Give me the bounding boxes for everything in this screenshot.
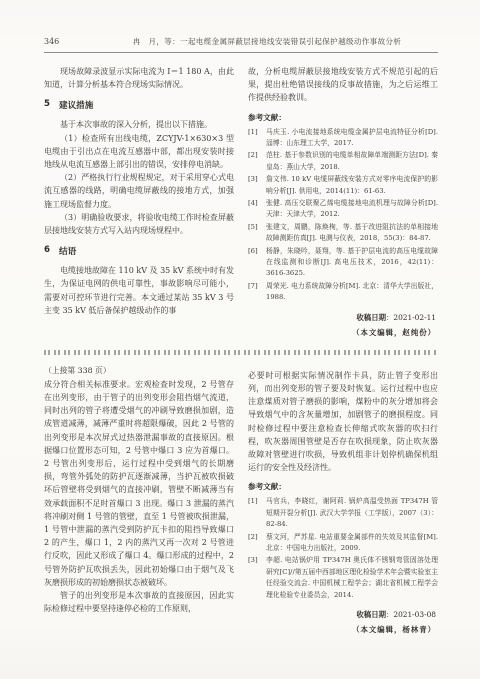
reference-item: [2] 蔡文河，严苏星. 电站重要金属部件的失效及其监督[M]. 北京：中国电力… (248, 532, 438, 555)
running-title: 冉 月，等：一起电缆金属屏蔽层接地线安装错误引起保护越级动作事故分析 (96, 36, 438, 47)
references-heading: 参考文献： (248, 112, 438, 123)
continued-article-right-column: 必要时可根据实际情况制作卡具，防止管子变形出列，而出列变形的管子要及时恢复。运行… (248, 365, 438, 635)
reference-label: [3] (248, 174, 261, 197)
section-heading-5: 5 建议措施 (44, 99, 234, 111)
reference-item: [1] 马官兵，李晓红，谢阿莉. 锅炉高温受热面 TP347H 管短期开裂分析[… (248, 496, 438, 530)
reference-text: 张建文，周鹏，陈焕栒，等. 基于改进阻抗法的单相接地故障测距仿真[J]. 电测与… (266, 222, 438, 245)
section-title: 结语 (59, 245, 76, 257)
reference-label: [6] (248, 246, 261, 280)
reference-text: 杨静，朱晓吟，聂翔，等. 基于护层电流的高压电缆故障在线监测和诊断[J]. 高电… (266, 246, 438, 280)
page-header: 346 冉 月，等：一起电缆金属屏蔽层接地线安装错误引起保护越级动作事故分析 (44, 36, 438, 53)
reference-item: [6] 杨静，朱晓吟，聂翔，等. 基于护层电流的高压电缆故障在线监测和诊断[J]… (248, 246, 438, 280)
editor-note: （本文编辑，赵纯份） (248, 327, 436, 338)
paragraph-conclusion: 电缆接地故障在 110 kV 及 35 kV 系统中时有发生，为保证电网的供电可… (44, 264, 234, 317)
received-date-value: ：2021-03-08 (386, 610, 436, 619)
received-date-value: ：2021-02-11 (386, 313, 436, 322)
reference-text: 蔡文河，严苏星. 电站重要金属部件的失效及其监督[M]. 北京：中国电力出版社，… (266, 532, 438, 555)
reference-label: [7] (248, 281, 261, 304)
reference-label: [5] (248, 222, 261, 245)
reference-item: [3] 詹文伟. 10 kV 电缆屏蔽线安装方式对零序电流保护的影响分析[J].… (248, 174, 438, 197)
article-end-right-column: 故，分析电缆屏蔽层接地线安装方式不规范引起的后果，提出杜绝错误接线的反事故措施，… (248, 65, 438, 338)
reference-label: [1] (248, 127, 261, 150)
section-heading-6: 6 结语 (44, 245, 234, 257)
section-number: 5 (44, 99, 50, 111)
reference-label: [1] (248, 496, 261, 530)
editor-note: （本文编辑，杨林青） (248, 624, 436, 635)
references-heading: 参考文献： (248, 481, 438, 492)
paragraph-result: 现场故障录波显示实际电流为 I＝1 180 A，由此知道，计算分析基本符合现场实… (44, 65, 234, 91)
continued-from-tag: （上接第 338 页） (44, 365, 234, 376)
journal-page: 346 冉 月，等：一起电缆金属屏蔽层接地线安装错误引起保护越级动作事故分析 现… (0, 0, 480, 679)
received-date-label: 收稿日期 (356, 313, 386, 322)
reference-item: [4] 张健. 高压交联聚乙烯电缆接地电流机理与故障分析[D]. 天津：天津大学… (248, 198, 438, 221)
reference-item: [7] 周荣光. 电力系统故障分析[M]. 北京：清华大学出版社，1988. (248, 281, 438, 304)
page-number: 346 (44, 37, 96, 46)
reference-item: [1] 马庆玉. 小电流接地系统电缆金属护层电流特征分析[D]. 淄博：山东理工… (248, 127, 438, 150)
reference-item: [5] 张建文，周鹏，陈焕栒，等. 基于改进阻抗法的单相接地故障测距仿真[J].… (248, 222, 438, 245)
section-number: 6 (44, 245, 50, 257)
reference-text: 詹文伟. 10 kV 电缆屏蔽线安装方式对零序电流保护的影响分析[J]. 供用电… (266, 174, 438, 197)
reference-item: [2] 范柱. 基于参数识别的电缆单相故障单端测距方法[D]. 秦皇岛：燕山大学… (248, 150, 438, 173)
reference-text: 范柱. 基于参数识别的电缆单相故障单端测距方法[D]. 秦皇岛：燕山大学，201… (266, 150, 438, 173)
paragraph-intro: 基于本次事故的深入分析，提出以下措施。 (44, 118, 234, 131)
reference-label: [2] (248, 150, 261, 173)
article-separator-ornament (44, 350, 438, 355)
paragraph-measure-3: （3）明确验收要求，将验收电缆工作时检查屏蔽层接地线安装方式写入站内现场规程中。 (44, 211, 234, 237)
section-title: 建议措施 (59, 99, 93, 111)
paragraph-continued: 故，分析电缆屏蔽层接地线安装方式不规范引起的后果，提出杜绝错误接线的反事故措施，… (248, 65, 438, 105)
reference-label: [2] (248, 532, 261, 555)
reference-text: 马官兵，李晓红，谢阿莉. 锅炉高温受热面 TP347H 管短期开裂分析[J]. … (266, 496, 438, 530)
received-date-line: 收稿日期：2021-02-11 (248, 312, 436, 323)
paragraph-cause: 管子的出列变形是本次事故的直接原因，因此实际检修过程中要坚持逢停必检的工作原则， (44, 589, 234, 615)
reference-text: 马庆玉. 小电流接地系统电缆金属护层电流特征分析[D]. 淄博：山东理工大学，2… (266, 127, 438, 150)
article-end-section: 现场故障录波显示实际电流为 I＝1 180 A，由此知道，计算分析基本符合现场实… (44, 65, 438, 338)
received-date-label: 收稿日期 (356, 610, 386, 619)
paragraph-recommendation: 必要时可根据实际情况制作卡具，防止管子变形出列，而出列变形的管子要及时恢复。运行… (248, 369, 438, 475)
reference-label: [4] (248, 198, 261, 221)
paragraph-measure-1: （1）检查所有出线电缆，ZCYJV-1×630×3 型电缆由于引出点在电流互感器… (44, 132, 234, 172)
continued-article-left-column: （上接第 338 页） 成分符合相关标准要求。宏观检查时发现，2 号管存在出列变… (44, 365, 234, 635)
continued-article-section: （上接第 338 页） 成分符合相关标准要求。宏观检查时发现，2 号管存在出列变… (44, 365, 438, 635)
received-date-line: 收稿日期：2021-03-08 (248, 609, 436, 620)
paragraph-measure-2: （2）严格执行行业规程规定，对于采用穿心式电流互感器的线路，明确电缆屏蔽线的接地… (44, 171, 234, 211)
reference-text: 张健. 高压交联聚乙烯电缆接地电流机理与故障分析[D]. 天津：天津大学，201… (266, 198, 438, 221)
reference-text: 周荣光. 电力系统故障分析[M]. 北京：清华大学出版社，1988. (266, 281, 438, 304)
article-end-left-column: 现场故障录波显示实际电流为 I＝1 180 A，由此知道，计算分析基本符合现场实… (44, 65, 234, 338)
reference-label: [3] (248, 555, 261, 601)
paragraph-analysis: 成分符合相关标准要求。宏观检查时发现，2 号管存在出列变形，由于管子的出列变形会… (44, 378, 234, 589)
reference-item: [3] 李超. 电站锅炉用 TP347H 奥氏体不锈钢弯管固溶处理研究[C]//… (248, 555, 438, 601)
reference-text: 李超. 电站锅炉用 TP347H 奥氏体不锈钢弯管固溶处理研究[C]//第五届中… (266, 555, 438, 601)
